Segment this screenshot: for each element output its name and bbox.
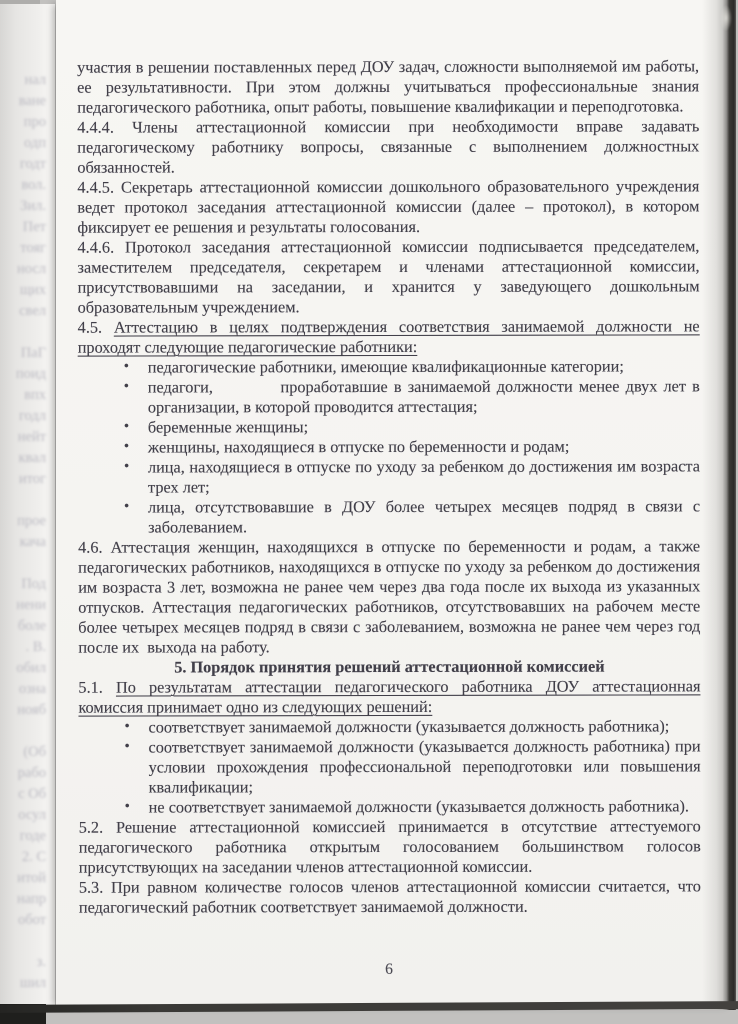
clause-5-1-text: По результатам аттестации педагогическог… — [78, 676, 700, 716]
clause-4-4-4: 4.4.4. Члены аттестационной комиссии при… — [77, 116, 699, 177]
list-item: лица, находящиеся в отпуске по уходу за … — [78, 456, 700, 497]
list-item: не соответствует занимаемой должности (у… — [79, 796, 701, 817]
list-item: педагогические работники, имеющие квалиф… — [78, 356, 700, 377]
list-item: соответствует занимаемой должности (указ… — [79, 736, 701, 797]
paragraph-continuation: участия в решении поставленных перед ДОУ… — [77, 56, 699, 117]
exempt-categories-list: педагогические работники, имеющие квалиф… — [78, 356, 700, 537]
clause-5-2: 5.2. Решение аттестационной комиссией пр… — [79, 816, 701, 877]
scanned-document: нал ване про одп годт вол. Зил. Пет тояг… — [0, 0, 738, 1024]
clause-4-4-6: 4.4.6. Протокол заседания аттестационной… — [77, 236, 699, 317]
page-number: 6 — [78, 961, 700, 979]
clause-5-3: 5.3. При равном количестве голосов члено… — [79, 876, 701, 917]
scan-artifact — [720, 5, 732, 31]
clause-5-1: 5.1. По результатам аттестации педагогич… — [78, 676, 700, 717]
list-item: соответствует занимаемой должности (указ… — [78, 716, 700, 737]
page-content: участия в решении поставленных перед ДОУ… — [77, 56, 701, 917]
list-item: педагоги, проработавшие в занимаемой дол… — [78, 376, 700, 417]
document-page: участия в решении поставленных перед ДОУ… — [56, 0, 736, 1010]
prev-page-edge: нал ване про одп годт вол. Зил. Пет тояг… — [0, 4, 55, 1006]
section-5-heading: 5. Порядок принятия решений аттестационн… — [78, 656, 700, 677]
clause-5-1-number: 5.1. — [78, 678, 102, 697]
list-item: беременные женщины; — [78, 416, 700, 437]
list-item: лица, отсутствовавшие в ДОУ более четыре… — [78, 496, 700, 537]
bleed-through-text: нал ване про одп годт вол. Зил. Пет тояг… — [0, 70, 46, 994]
list-item: женщины, находящиеся в отпуске по береме… — [78, 436, 700, 457]
clause-4-4-5: 4.4.5. Секретарь аттестационной комиссии… — [77, 176, 699, 237]
clause-4-5: 4.5. Аттестацию в целях подтверждения со… — [78, 316, 700, 357]
clause-4-5-text: Аттестацию в целях подтверждения соответ… — [78, 316, 700, 356]
clause-4-6: 4.6. Аттестация женщин, находящихся в от… — [78, 536, 700, 657]
clause-4-5-number: 4.5. — [78, 318, 102, 337]
decision-options-list: соответствует занимаемой должности (указ… — [78, 716, 700, 817]
